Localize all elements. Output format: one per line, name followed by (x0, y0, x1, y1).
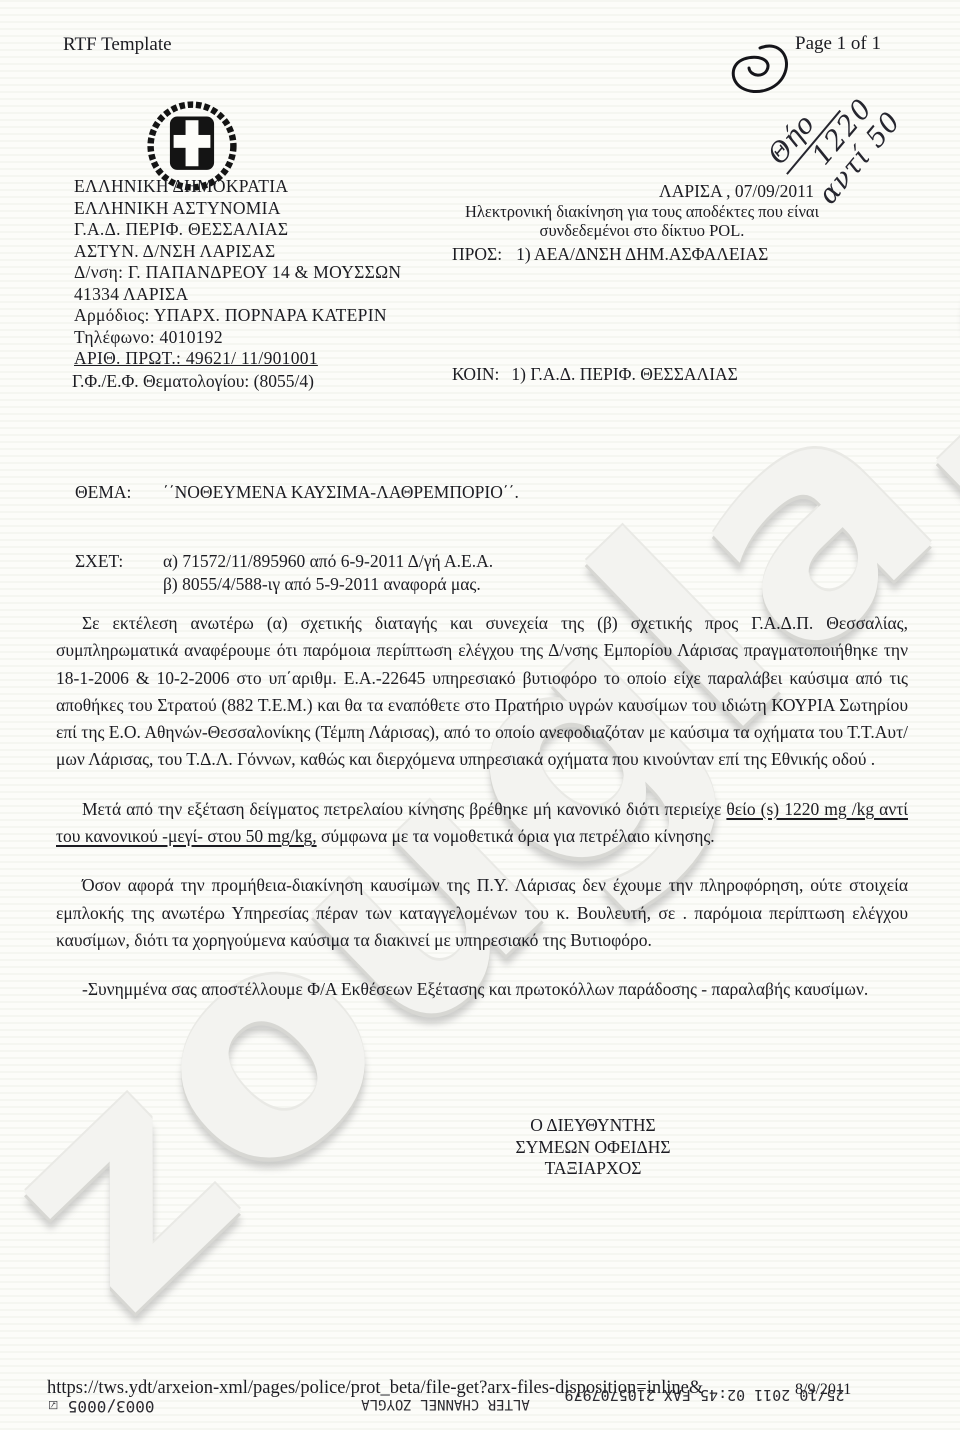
protocol-number: ΑΡΙΘ. ΠΡΩΤ.: 49621/ 11/901001 (74, 348, 401, 370)
subject-value: ΄΄ΝΟΘΕΥΜΕΝΑ ΚΑΥΣΙΜΑ-ΛΑΘΡΕΜΠΟΡΙΟ΄΄. (163, 482, 519, 502)
signature-block: Ο ΔΙΕΥΘΥΝΤΗΣ ΣΥΜΕΩΝ ΟΦΕΙΔΗΣ ΤΑΞΙΑΡΧΟΣ (428, 1115, 758, 1180)
body-paragraph-2-text: Μετά από την εξέταση δείγματος πετρελαίο… (82, 799, 726, 819)
dispatch-block: ΛΑΡΙΣΑ , 07/09/2011 Ηλεκτρονική διακίνησ… (432, 182, 852, 264)
pros-label: ΠΡΟΣ: (452, 244, 502, 264)
fax-sender-upside-down: ALTER CHANNEL ZOYGLA (328, 1396, 563, 1412)
letterhead-line: Αρμόδιος: ΥΠΑΡΧ. ΠΟΡΝΑΡΑ ΚΑΤΕΡΙΝ (74, 305, 401, 327)
signature-title: Ο ΔΙΕΥΘΥΝΤΗΣ (428, 1115, 758, 1137)
electronic-dispatch-note: Ηλεκτρονική διακίνηση για τους αποδέκτες… (432, 202, 852, 222)
references-block: ΣΧΕΤ: α) 71572/11/895960 από 6-9-2011 Δ/… (75, 550, 493, 596)
file-reference: Γ.Φ./Ε.Φ. Θεματολογίου: (8055/4) (72, 371, 314, 392)
fax-header-upside-down: 25/10 2011 02:45 FAX 2105707979 (552, 1386, 857, 1404)
letterhead-line: ΕΛΛΗΝΙΚΗ ΑΣΤΥΝΟΜΙΑ (74, 198, 401, 220)
signature-rank: ΤΑΞΙΑΡΧΟΣ (428, 1158, 758, 1180)
city-date: ΛΑΡΙΣΑ , 07/09/2011 (432, 182, 852, 202)
subject-label: ΘΕΜΑ: (75, 482, 163, 503)
body-paragraph-4: -Συνημμένα σας αποστέλλουμε Φ/Α Εκθέσεων… (56, 976, 908, 1003)
body-paragraph-1: Σε εκτέλεση ανωτέρω (α) σχετικής διαταγή… (56, 610, 908, 774)
electronic-dispatch-note: συνδεδεμένοι στο δίκτυο POL. (432, 221, 852, 241)
document-body: Σε εκτέλεση ανωτέρω (α) σχετικής διαταγή… (56, 610, 908, 1026)
letterhead-line: Γ.Α.Δ. ΠΕΡΙΦ. ΘΕΣΣΑΛΙΑΣ (74, 219, 401, 241)
handwritten-scribble-icon (722, 42, 790, 107)
subject-line: ΘΕΜΑ:΄΄ΝΟΘΕΥΜΕΝΑ ΚΑΥΣΙΜΑ-ΛΑΘΡΕΜΠΟΡΙΟ΄΄. (75, 482, 519, 503)
body-paragraph-2: Μετά από την εξέταση δείγματος πετρελαίο… (56, 796, 908, 851)
recipient-line: ΠΡΟΣ:1) ΑΕΑ/ΔΝΣΗ ΔΗΜ.ΑΣΦΑΛΕΙΑΣ (432, 245, 852, 265)
signature-name: ΣΥΜΕΩΝ ΟΦΕΙΔΗΣ (428, 1137, 758, 1159)
body-paragraph-3: Όσον αφορά την προμήθεια-διακίνηση καυσί… (56, 872, 908, 954)
reference-item: α) 71572/11/895960 από 6-9-2011 Δ/γή Α.Ε… (163, 550, 493, 573)
references-label: ΣΧΕΤ: (75, 550, 123, 573)
rtf-template-label: RTF Template (63, 34, 172, 56)
scanned-document-page: zougla.gr RTF Template Page 1 of 1 ΕΛΛΗΝ… (0, 0, 960, 1430)
cc-line: ΚΟΙΝ:1) Γ.Α.Δ. ΠΕΡΙΦ. ΘΕΣΣΑΛΙΑΣ (452, 364, 738, 385)
reference-item: β) 8055/4/588-ιγ από 5-9-2011 αναφορά μα… (163, 573, 493, 596)
pros-value: 1) ΑΕΑ/ΔΝΣΗ ΔΗΜ.ΑΣΦΑΛΕΙΑΣ (516, 244, 768, 264)
koin-value: 1) Γ.Α.Δ. ΠΕΡΙΦ. ΘΕΣΣΑΛΙΑΣ (511, 364, 737, 384)
letterhead-line: 41334 ΛΑΡΙΣΑ (74, 284, 401, 306)
letterhead-line: Τηλέφωνο: 4010192 (74, 327, 401, 349)
letterhead-line: ΕΛΛΗΝΙΚΗ ΔΗΜΟΚΡΑΤΙΑ (74, 176, 401, 198)
letterhead-line: ΑΣΤΥΝ. Δ/ΝΣΗ ΛΑΡΙΣΑΣ (74, 241, 401, 263)
letterhead-block: ΕΛΛΗΝΙΚΗ ΔΗΜΟΚΡΑΤΙΑ ΕΛΛΗΝΙΚΗ ΑΣΤΥΝΟΜΙΑ Γ… (74, 176, 401, 370)
fax-page-counter-upside-down: 0003/0005 ☑ (44, 1397, 159, 1416)
letterhead-line: Δ/νση: Γ. ΠΑΠΑΝΔΡΕΟΥ 14 & ΜΟΥΣΣΩΝ (74, 262, 401, 284)
body-paragraph-2-text: σύμφωνα με τα νομοθετικά όρια για πετρέλ… (317, 826, 715, 846)
koin-label: ΚΟΙΝ: (452, 364, 499, 384)
